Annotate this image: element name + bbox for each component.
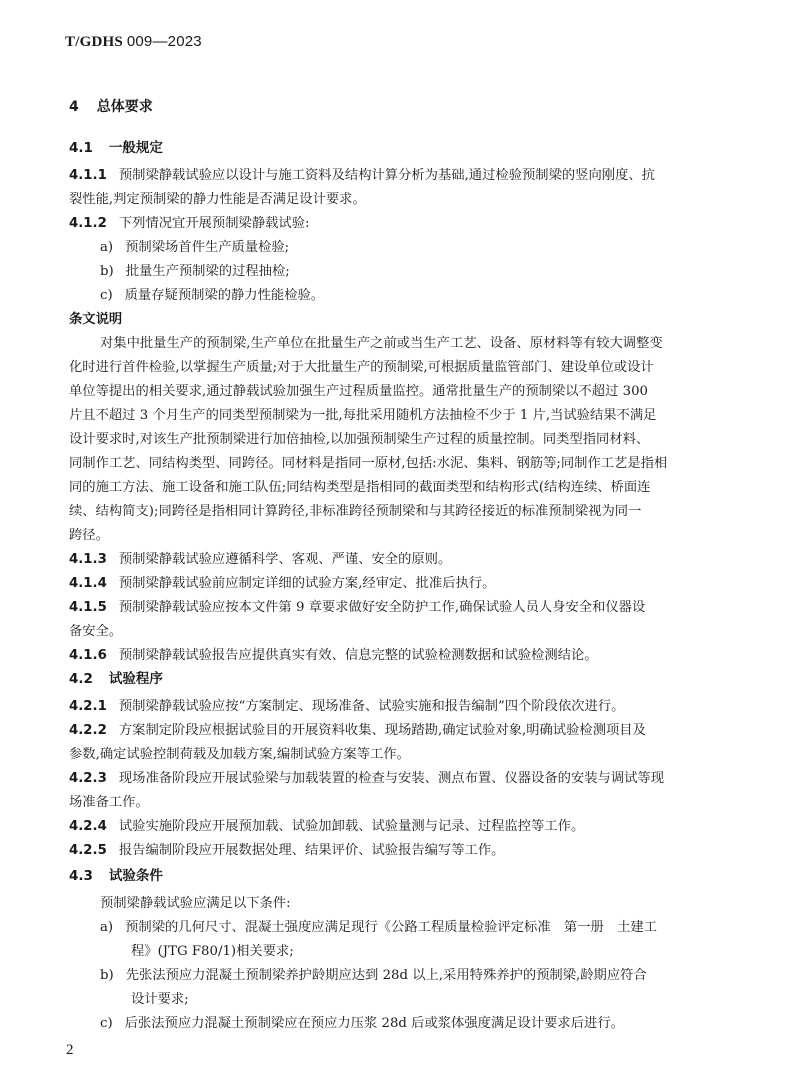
clause-text: 预制梁静载试验应按“方案制定、现场准备、试验实施和报告编制”四个阶段依次进行。 [119,699,625,714]
list-item-c: c)质量存疑预制梁的静力性能检验。 [100,284,324,303]
note-line: 设计要求时,对该生产批预制梁进行加倍抽检,以加强预制梁生产过程的质量控制。同类型… [69,428,649,447]
clause-text: 裂性能,判定预制梁的静力性能是否满足设计要求。 [69,192,366,207]
list-label: a) [100,240,113,255]
section-heading-4: 4总体要求 [69,96,153,116]
note-line: 跨径。 [69,524,109,543]
subsection-title: 试验条件 [109,868,163,884]
conditions-intro: 预制梁静载试验应满足以下条件: [100,892,291,911]
clause-text: 参数,确定试验控制荷载及加载方案,编制试验方案等工作。 [69,747,410,762]
clause-number: 4.1.3 [69,552,107,567]
clause-text: 预制梁静载试验报告应提供真实有效、信息完整的试验检测数据和试验检测结论。 [119,648,598,663]
clause-number: 4.2.2 [69,723,107,738]
clause-4-2-3: 4.2.3现场准备阶段应开展试验梁与加载装置的检查与安装、测点布置、仪器设备的安… [69,767,664,786]
list-text: 预制梁场首件生产质量检验; [125,240,289,255]
condition-item-a-cont: 程》(JTG F80/1)相关要求; [131,940,294,959]
clause-text: 报告编制阶段应开展数据处理、结果评价、试验报告编写等工作。 [119,843,505,858]
clause-number: 4.1.4 [69,576,107,591]
doc-code-prefix: T/GDHS [65,34,123,50]
subsection-title: 试验程序 [109,671,163,687]
clause-4-1-1-cont: 裂性能,判定预制梁的静力性能是否满足设计要求。 [69,188,366,207]
subsection-number: 4.3 [69,868,93,884]
list-label: b) [100,264,114,279]
note-line: 对集中批量生产的预制梁,生产单位在批量生产之前或当生产工艺、设备、原材料等有较大… [100,332,663,351]
clause-4-1-4: 4.1.4预制梁静载试验前应制定详细的试验方案,经审定、批准后执行。 [69,572,495,591]
doc-code-number: 009—2023 [127,33,202,50]
list-text: 预制梁的几何尺寸、混凝土强度应满足现行《公路工程质量检验评定标准 第一册 土建工 [125,920,657,935]
list-text: 先张法预应力混凝土预制梁养护龄期应达到 28d 以上,采用特殊养护的预制梁,龄期… [126,968,647,983]
clause-4-1-1: 4.1.1预制梁静载试验应以设计与施工资料及结构计算分析为基础,通过检验预制梁的… [69,164,655,183]
clause-number: 4.1.1 [69,168,107,183]
clause-4-2-1: 4.2.1预制梁静载试验应按“方案制定、现场准备、试验实施和报告编制”四个阶段依… [69,695,624,714]
condition-item-a: a)预制梁的几何尺寸、混凝土强度应满足现行《公路工程质量检验评定标准 第一册 土… [100,916,657,935]
clause-4-2-2-cont: 参数,确定试验控制荷载及加载方案,编制试验方案等工作。 [69,743,410,762]
subsection-title: 一般规定 [109,140,163,156]
clause-text: 方案制定阶段应根据试验目的开展资料收集、现场踏勘,确定试验对象,明确试验检测项目… [119,723,646,738]
clause-text: 现场准备阶段应开展试验梁与加载装置的检查与安装、测点布置、仪器设备的安装与调试等… [119,771,664,786]
subsection-heading-4-1: 4.1一般规定 [69,136,163,156]
list-text: 批量生产预制梁的过程抽检; [126,264,290,279]
note-line: 同制作工艺、同结构类型、同跨径。同材料是指同一原材,包括:水泥、集料、钢筋等;同… [69,452,667,471]
note-line: 续、结构简支);同跨径是指相同计算跨径,非标准跨径预制梁和与其跨径接近的标准预制… [69,500,641,519]
condition-item-b: b)先张法预应力混凝土预制梁养护龄期应达到 28d 以上,采用特殊养护的预制梁,… [100,964,647,983]
subsection-number: 4.1 [69,140,93,156]
list-label: c) [100,1016,113,1031]
clause-4-1-2: 4.1.2下列情况宜开展预制梁静载试验: [69,212,310,231]
clause-text: 预制梁静载试验应遵循科学、客观、严谨、安全的原则。 [119,552,451,567]
clause-number: 4.1.5 [69,600,107,615]
clause-4-1-3: 4.1.3预制梁静载试验应遵循科学、客观、严谨、安全的原则。 [69,548,451,567]
clause-4-2-5: 4.2.5报告编制阶段应开展数据处理、结果评价、试验报告编写等工作。 [69,839,504,858]
clause-number: 4.2.5 [69,843,107,858]
note-title: 条文说明 [69,308,122,327]
clause-text: 下列情况宜开展预制梁静载试验: [119,216,310,231]
clause-4-1-5-cont: 备安全。 [69,620,122,639]
note-line: 同的施工方法、施工设备和施工队伍;同结构类型是指相同的截面类型和结构形式(结构连… [69,476,650,495]
clause-number: 4.1.6 [69,648,107,663]
clause-text: 预制梁静载试验应以设计与施工资料及结构计算分析为基础,通过检验预制梁的竖向刚度、… [119,168,655,183]
page-number: 2 [66,1042,74,1059]
list-item-a: a)预制梁场首件生产质量检验; [100,236,289,255]
document-code: T/GDHS 009—2023 [65,33,202,51]
clause-4-2-3-cont: 场准备工作。 [69,791,149,810]
clause-text: 备安全。 [69,624,122,639]
clause-text: 场准备工作。 [69,795,149,810]
list-text: 质量存疑预制梁的静力性能检验。 [125,288,324,303]
clause-text: 预制梁静载试验前应制定详细的试验方案,经审定、批准后执行。 [119,576,496,591]
section-number: 4 [69,99,79,115]
clause-text: 预制梁静载试验应按本文件第 9 章要求做好安全防护工作,确保试验人员人身安全和仪… [119,600,645,615]
condition-item-c: c)后张法预应力混凝土预制梁应在预应力压浆 28d 后或浆体强度满足设计要求后进… [100,1012,624,1031]
list-label: b) [100,968,114,983]
clause-number: 4.1.2 [69,216,107,231]
clause-number: 4.2.3 [69,771,107,786]
clause-number: 4.2.1 [69,699,107,714]
clause-4-1-5: 4.1.5预制梁静载试验应按本文件第 9 章要求做好安全防护工作,确保试验人员人… [69,596,645,615]
section-title: 总体要求 [97,99,153,115]
clause-number: 4.2.4 [69,819,107,834]
list-item-b: b)批量生产预制梁的过程抽检; [100,260,290,279]
note-line: 片且不超过 3 个月生产的同类型预制梁为一批,每批采用随机方法抽检不少于 1 片… [69,404,656,423]
clause-4-2-2: 4.2.2方案制定阶段应根据试验目的开展资料收集、现场踏勘,确定试验对象,明确试… [69,719,646,738]
note-line: 单位等提出的相关要求,通过静载试验加强生产过程质量监控。通常批量生产的预制梁以不… [69,380,648,399]
subsection-heading-4-2: 4.2试验程序 [69,667,163,687]
clause-4-1-6: 4.1.6预制梁静载试验报告应提供真实有效、信息完整的试验检测数据和试验检测结论… [69,644,598,663]
list-text: 后张法预应力混凝土预制梁应在预应力压浆 28d 后或浆体强度满足设计要求后进行。 [125,1016,624,1031]
list-label: c) [100,288,113,303]
clause-4-2-4: 4.2.4试验实施阶段应开展预加载、试验加卸载、试验量测与记录、过程监控等工作。 [69,815,584,834]
list-label: a) [100,920,113,935]
note-line: 化时进行首件检验,以掌握生产质量;对于大批量生产的预制梁,可根据质量监管部门、建… [69,356,654,375]
clause-text: 试验实施阶段应开展预加载、试验加卸载、试验量测与记录、过程监控等工作。 [119,819,584,834]
condition-item-b-cont: 设计要求; [131,988,189,1007]
subsection-heading-4-3: 4.3试验条件 [69,864,163,884]
subsection-number: 4.2 [69,671,93,687]
